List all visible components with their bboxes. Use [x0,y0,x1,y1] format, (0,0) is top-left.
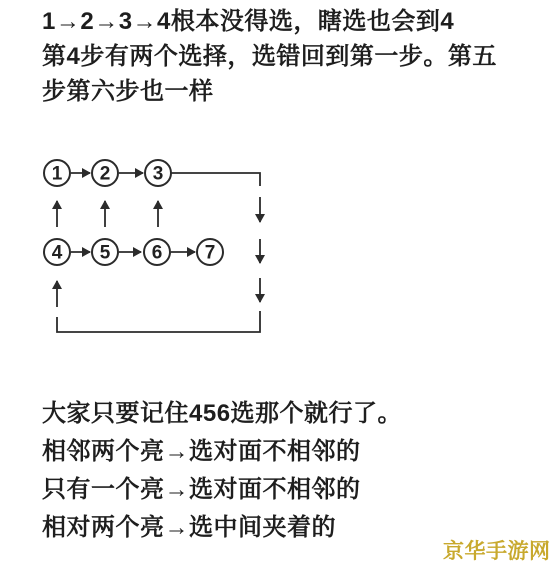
node-label-7: 7 [205,243,216,264]
node-label-3: 3 [153,164,164,185]
node-label-1: 1 [52,164,63,185]
node-label-4: 4 [52,243,63,264]
node-label-5: 5 [100,243,111,264]
watermark: 京华手游网 [443,535,550,565]
tips-line-1: 大家只要记住456选那个就行了。 [42,395,402,433]
tips-line-4: 相对两个亮→选中间夹着的 [42,509,402,547]
node-label-6: 6 [152,243,163,264]
page: 1→2→3→4根本没得选，瞎选也会到4 第4步有两个选择，选错回到第一步。第五 … [0,0,550,569]
tips-line-2: 相邻两个亮→选对面不相邻的 [42,433,402,471]
connector-bottom-loop [57,311,260,332]
tips-line-3: 只有一个亮→选对面不相邻的 [42,471,402,509]
connector-top-right [171,173,260,186]
tips-paragraph: 大家只要记住456选那个就行了。 相邻两个亮→选对面不相邻的 只有一个亮→选对面… [42,395,402,547]
node-label-2: 2 [100,164,111,185]
